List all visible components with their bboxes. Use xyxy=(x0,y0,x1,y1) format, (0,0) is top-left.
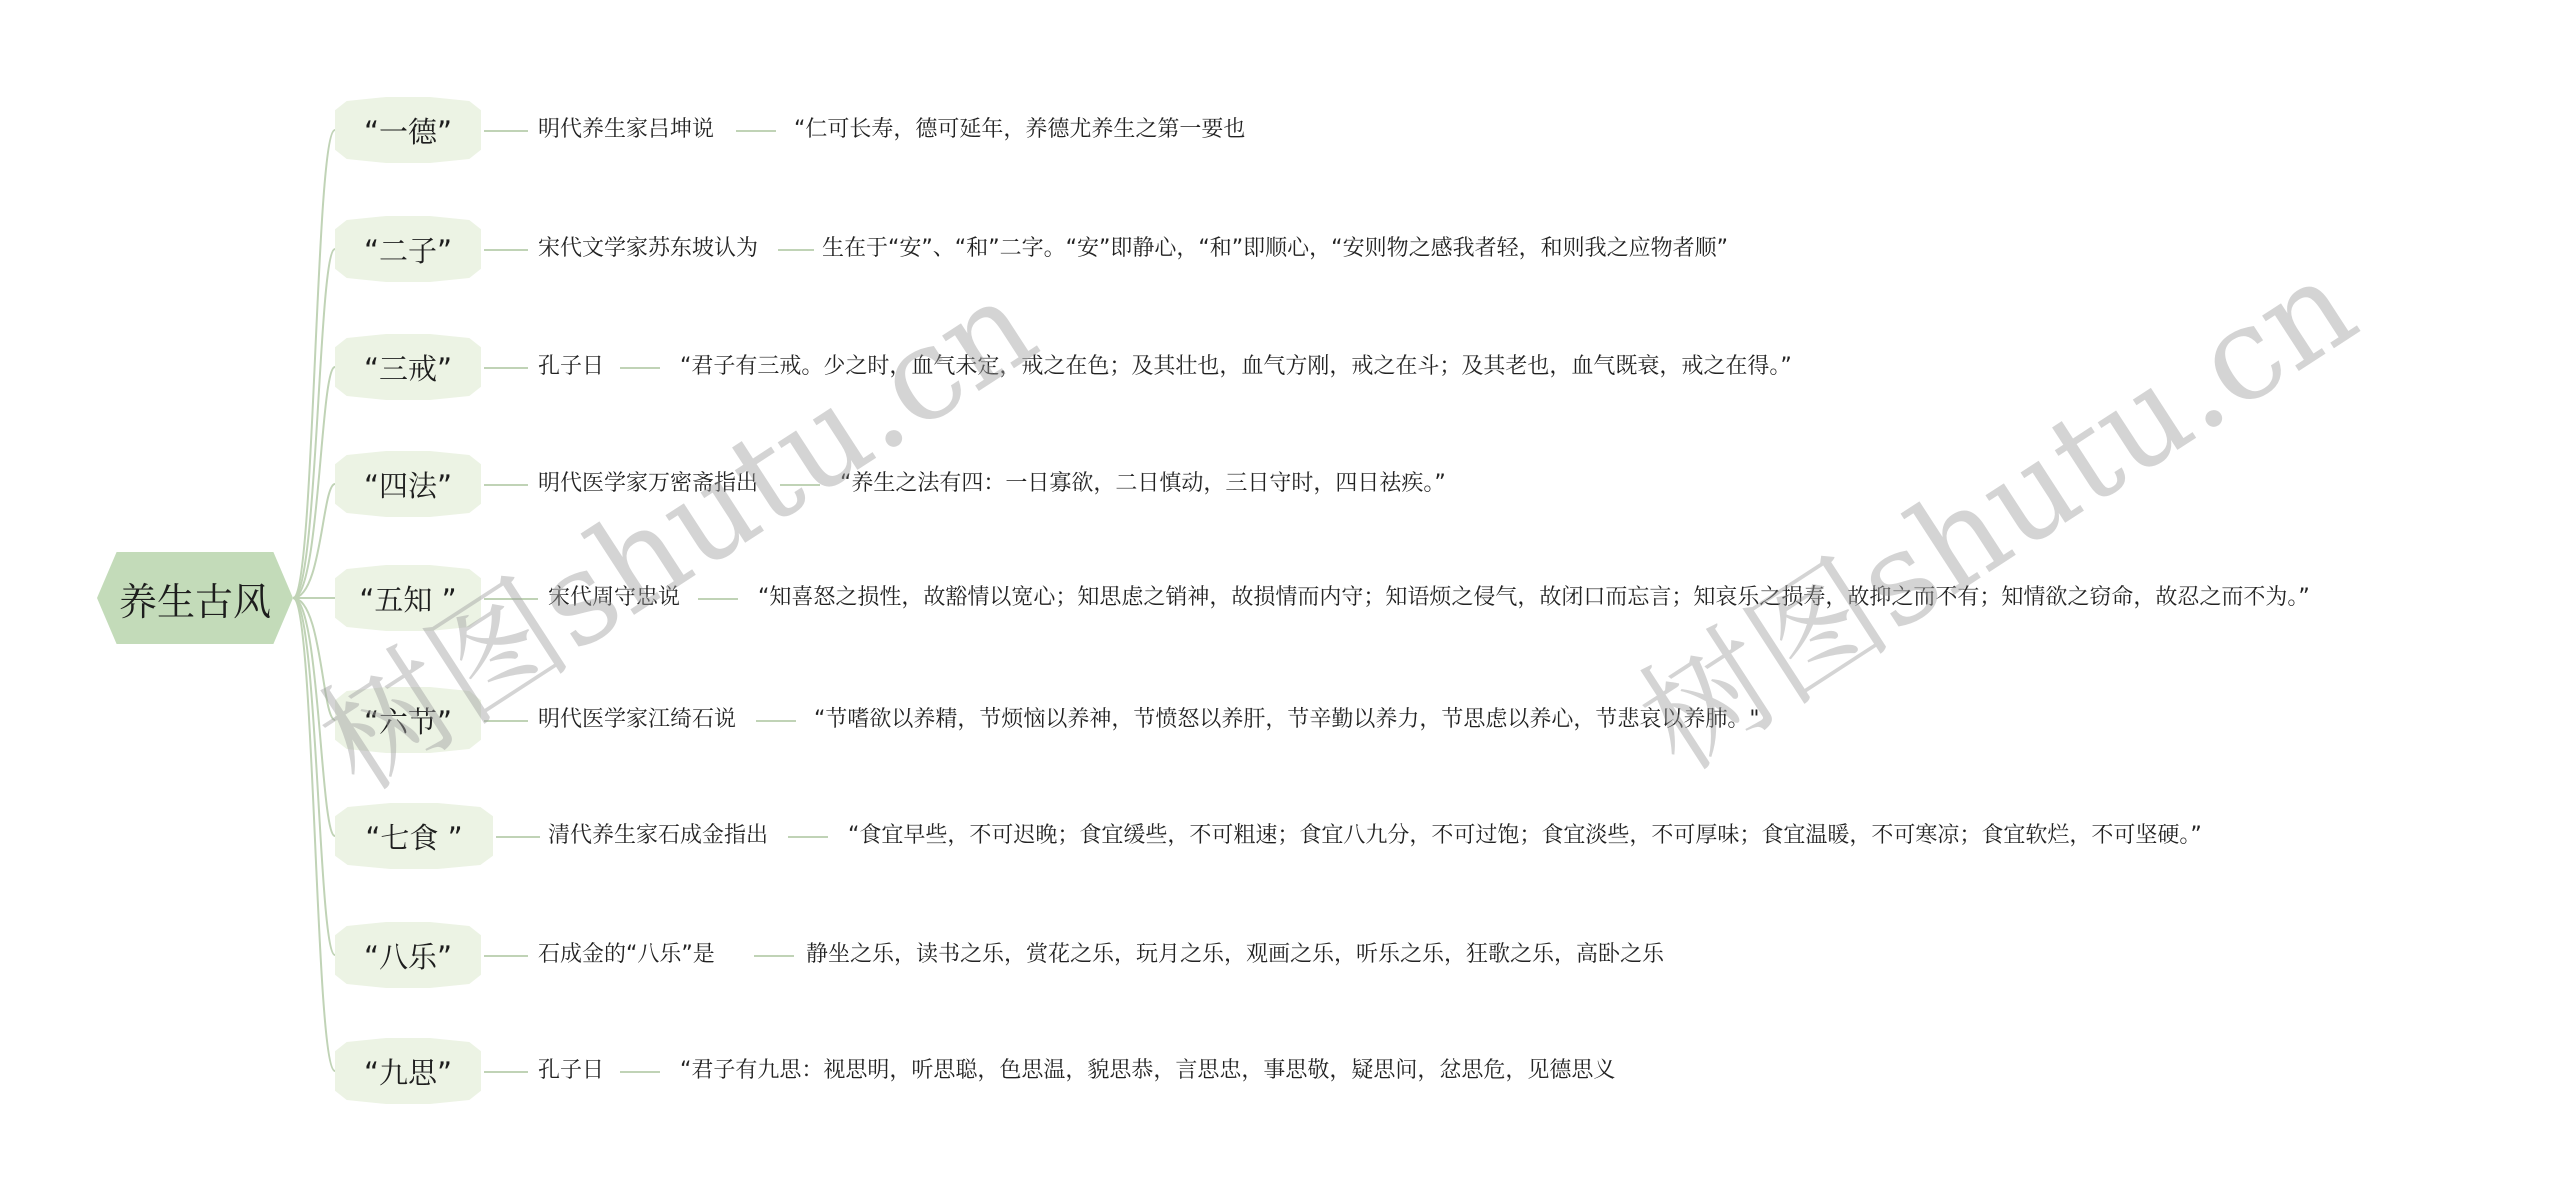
connector-line xyxy=(736,130,776,132)
connector-line xyxy=(496,836,540,838)
content-node[interactable]: 生在于“安”、“和”二字。“安”即静心，“和”即顺心，“安则物之感我者轻，和则我… xyxy=(822,234,1728,264)
root-node[interactable]: 养生古风 xyxy=(97,552,293,644)
branch-node-qishi[interactable]: “七食 ” xyxy=(335,803,493,869)
connector-line xyxy=(620,1071,660,1073)
content-node[interactable]: “节嗜欲以养精，节烦恼以养神，节愤怒以养肝，节辛勤以养力，节思虑以养心，节悲哀以… xyxy=(814,705,1760,735)
branch-label: “八乐” xyxy=(364,935,452,976)
branch-node-bale[interactable]: “八乐” xyxy=(335,922,481,988)
branch-node-wuzhi[interactable]: “五知 ” xyxy=(335,565,481,631)
source-node[interactable]: 清代养生家石成金指出 xyxy=(548,821,768,851)
source-node[interactable]: 明代医学家江绮石说 xyxy=(538,705,736,735)
content-node[interactable]: “君子有三戒。少之时，血气未定，戒之在色；及其壮也，血气方刚，戒之在斗；及其老也… xyxy=(680,352,1792,382)
connector-line xyxy=(484,955,528,957)
source-node[interactable]: 明代医学家万密斋指出 xyxy=(538,469,758,499)
connector-line xyxy=(484,249,528,251)
connector-line xyxy=(620,367,660,369)
branch-node-jiusi[interactable]: “九思” xyxy=(335,1038,481,1104)
branch-label: “二子” xyxy=(364,229,452,270)
content-node[interactable]: 静坐之乐，读书之乐，赏花之乐，玩月之乐，观画之乐，听乐之乐，狂歌之乐，高卧之乐 xyxy=(806,940,1664,970)
connector-line xyxy=(780,484,820,486)
connector-line xyxy=(778,249,814,251)
connector-line xyxy=(756,720,796,722)
source-node[interactable]: 孔子日 xyxy=(538,352,604,382)
connector-line xyxy=(484,484,528,486)
connector-line xyxy=(484,1071,528,1073)
branch-label: “五知 ” xyxy=(359,578,456,619)
connector-line xyxy=(698,598,738,600)
content-node[interactable]: “仁可长寿，德可延年，养德尤养生之第一要也 xyxy=(794,115,1245,145)
source-node[interactable]: 宋代周守忠说 xyxy=(548,583,680,613)
mindmap-canvas: 养生古风 “一德” 明代养生家吕坤说 “仁可长寿，德可延年，养德尤养生之第一要也… xyxy=(0,0,2560,1195)
connector-line xyxy=(754,955,794,957)
branch-label: “七食 ” xyxy=(365,816,462,857)
branch-node-liujie[interactable]: “六节” xyxy=(335,687,481,753)
connector-line xyxy=(788,836,828,838)
source-node[interactable]: 明代养生家吕坤说 xyxy=(538,115,714,145)
branch-node-erzi[interactable]: “二子” xyxy=(335,216,481,282)
branch-label: “六节” xyxy=(364,700,452,741)
connector-line xyxy=(484,130,528,132)
branch-node-yide[interactable]: “一德” xyxy=(335,97,481,163)
source-node[interactable]: 石成金的“八乐”是 xyxy=(538,940,715,970)
branch-label: “三戒” xyxy=(364,347,452,388)
branch-label: “一德” xyxy=(364,110,452,151)
connector-line xyxy=(484,367,528,369)
root-label: 养生古风 xyxy=(119,571,271,626)
content-node[interactable]: “知喜怒之损性，故豁情以宽心；知思虑之销神，故损情而内守；知语烦之侵气，故闭口而… xyxy=(758,583,2310,613)
connector-line xyxy=(484,720,528,722)
connector-line xyxy=(484,598,538,600)
branch-label: “九思” xyxy=(364,1051,452,1092)
branch-node-sanjie[interactable]: “三戒” xyxy=(335,334,481,400)
source-node[interactable]: 孔子日 xyxy=(538,1056,604,1086)
content-node[interactable]: “君子有九思：视思明，听思聪，色思温，貌思恭，言思忠，事思敬，疑思问，忿思危，见… xyxy=(680,1056,1615,1086)
content-node[interactable]: “养生之法有四：一日寡欲，二日慎动，三日守时，四日祛疾。” xyxy=(840,469,1446,499)
branch-node-sifa[interactable]: “四法” xyxy=(335,451,481,517)
source-node[interactable]: 宋代文学家苏东坡认为 xyxy=(538,234,758,264)
content-node[interactable]: “食宜早些，不可迟晚；食宜缓些，不可粗速；食宜八九分，不可过饱；食宜淡些，不可厚… xyxy=(848,821,2202,851)
branch-label: “四法” xyxy=(364,464,452,505)
